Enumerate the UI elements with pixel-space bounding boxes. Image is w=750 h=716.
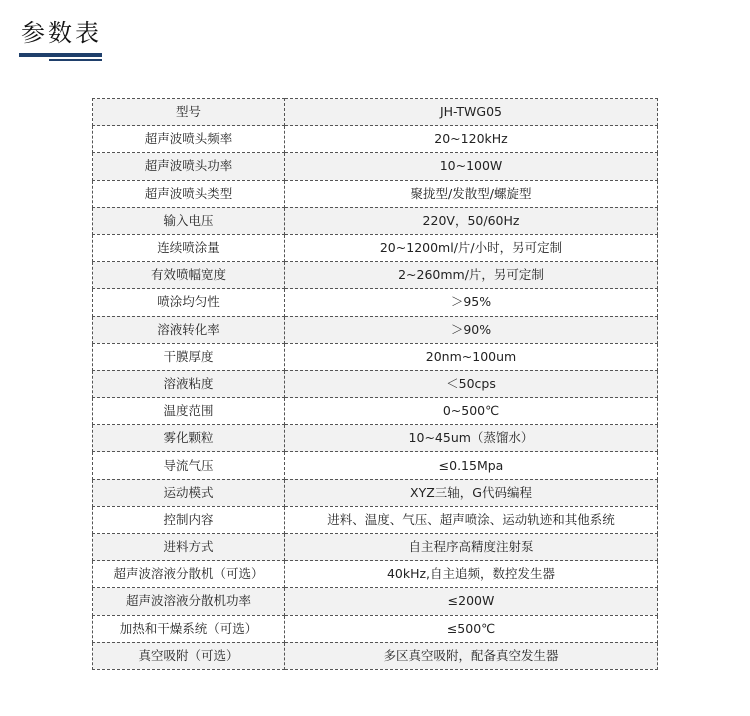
table-row: 有效喷幅宽度 2~260mm/片，另可定制 xyxy=(93,262,658,289)
table-row: 溶液转化率 ＞90% xyxy=(93,316,658,343)
param-value: 聚拢型/发散型/螺旋型 xyxy=(285,180,658,207)
table-row: 控制内容 进料、温度、气压、超声喷涂、运动轨迹和其他系统 xyxy=(93,506,658,533)
param-value: 220V，50/60Hz xyxy=(285,207,658,234)
param-name: 雾化颗粒 xyxy=(93,425,285,452)
param-value: 20nm~100um xyxy=(285,343,658,370)
param-value: JH-TWG05 xyxy=(285,99,658,126)
table-row: 雾化颗粒 10~45um（蒸馏水） xyxy=(93,425,658,452)
param-name: 溶液粘度 xyxy=(93,370,285,397)
table-row: 超声波喷头功率 10~100W xyxy=(93,153,658,180)
param-value: ＜50cps xyxy=(285,370,658,397)
param-name: 控制内容 xyxy=(93,506,285,533)
title-underline-thick xyxy=(19,53,102,57)
param-value: ≤200W xyxy=(285,588,658,615)
table-row: 加热和干燥系统（可选） ≤500℃ xyxy=(93,615,658,642)
param-name: 运动模式 xyxy=(93,479,285,506)
param-name: 溶液转化率 xyxy=(93,316,285,343)
param-name: 加热和干燥系统（可选） xyxy=(93,615,285,642)
table-row: 喷涂均匀性 ＞95% xyxy=(93,289,658,316)
table-row: 溶液粘度 ＜50cps xyxy=(93,370,658,397)
table-row: 干膜厚度 20nm~100um xyxy=(93,343,658,370)
spec-table: 型号 JH-TWG05 超声波喷头频率 20~120kHz 超声波喷头功率 10… xyxy=(92,98,658,670)
param-name: 型号 xyxy=(93,99,285,126)
param-value: 40kHz,自主追频，数控发生器 xyxy=(285,561,658,588)
param-value: 10~100W xyxy=(285,153,658,180)
param-value: 2~260mm/片，另可定制 xyxy=(285,262,658,289)
param-name: 超声波溶液分散机功率 xyxy=(93,588,285,615)
param-value: 进料、温度、气压、超声喷涂、运动轨迹和其他系统 xyxy=(285,506,658,533)
table-row: 输入电压 220V，50/60Hz xyxy=(93,207,658,234)
param-name: 进料方式 xyxy=(93,534,285,561)
param-name: 输入电压 xyxy=(93,207,285,234)
param-value: 0~500℃ xyxy=(285,398,658,425)
page-title: 参数表 xyxy=(21,17,102,49)
param-value: 自主程序高精度注射泵 xyxy=(285,534,658,561)
param-name: 超声波喷头频率 xyxy=(93,126,285,153)
table-row: 导流气压 ≤0.15Mpa xyxy=(93,452,658,479)
param-name: 连续喷涂量 xyxy=(93,234,285,261)
table-row: 超声波喷头频率 20~120kHz xyxy=(93,126,658,153)
param-value: ≤0.15Mpa xyxy=(285,452,658,479)
param-value: ＞95% xyxy=(285,289,658,316)
param-name: 超声波溶液分散机（可选） xyxy=(93,561,285,588)
table-row: 真空吸附（可选） 多区真空吸附，配备真空发生器 xyxy=(93,642,658,669)
table-row: 温度范围 0~500℃ xyxy=(93,398,658,425)
table-row: 运动模式 XYZ三轴，G代码编程 xyxy=(93,479,658,506)
param-name: 喷涂均匀性 xyxy=(93,289,285,316)
param-value: 20~120kHz xyxy=(285,126,658,153)
param-name: 超声波喷头功率 xyxy=(93,153,285,180)
title-underline-thin xyxy=(49,59,102,61)
param-value: 20~1200ml/片/小时，另可定制 xyxy=(285,234,658,261)
param-name: 干膜厚度 xyxy=(93,343,285,370)
param-value: XYZ三轴，G代码编程 xyxy=(285,479,658,506)
param-value: ≤500℃ xyxy=(285,615,658,642)
param-value: 10~45um（蒸馏水） xyxy=(285,425,658,452)
param-name: 导流气压 xyxy=(93,452,285,479)
table-row: 进料方式 自主程序高精度注射泵 xyxy=(93,534,658,561)
param-value: 多区真空吸附，配备真空发生器 xyxy=(285,642,658,669)
table-row: 超声波溶液分散机功率 ≤200W xyxy=(93,588,658,615)
param-value: ＞90% xyxy=(285,316,658,343)
param-name: 超声波喷头类型 xyxy=(93,180,285,207)
param-name: 有效喷幅宽度 xyxy=(93,262,285,289)
table-row: 型号 JH-TWG05 xyxy=(93,99,658,126)
param-name: 真空吸附（可选） xyxy=(93,642,285,669)
table-row: 超声波溶液分散机（可选） 40kHz,自主追频，数控发生器 xyxy=(93,561,658,588)
table-row: 超声波喷头类型 聚拢型/发散型/螺旋型 xyxy=(93,180,658,207)
param-name: 温度范围 xyxy=(93,398,285,425)
table-row: 连续喷涂量 20~1200ml/片/小时，另可定制 xyxy=(93,234,658,261)
